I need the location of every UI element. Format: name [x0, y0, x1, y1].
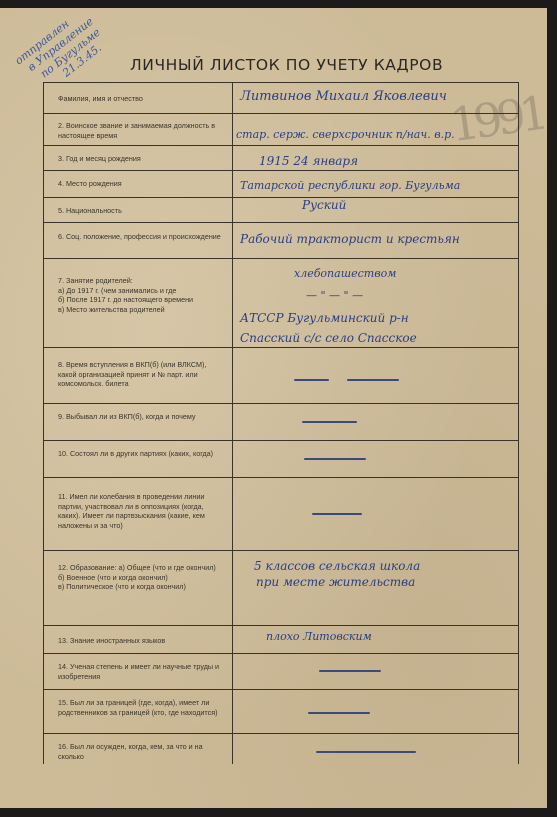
- form-row-14: 14. Ученая степень и имеет ли научные тр…: [44, 653, 518, 689]
- field-label: 5. Национальность: [58, 206, 226, 216]
- form-row-2: 2. Воинское звание и занимаемая должност…: [44, 113, 518, 145]
- field-value: Литвинов Михаил Яковлевич: [240, 89, 520, 104]
- field-label: 15. Был ли за границей (где, когда), име…: [58, 698, 226, 717]
- blank-dash: [312, 513, 362, 515]
- form-row-15: 15. Был ли за границей (где, когда), име…: [44, 689, 518, 733]
- field-value: Спасский с/с село Спасское: [240, 331, 520, 345]
- form-row-11: 11. Имел ли колебания в проведении линии…: [44, 477, 518, 550]
- field-value: плохо Литовским: [266, 630, 546, 643]
- field-value: хлебопашеством: [294, 267, 557, 280]
- form-row-16: 16. Был ли осужден, когда, кем, за что и…: [44, 733, 518, 764]
- form-row-6: 6. Соц. положение, профессия и происхожд…: [44, 222, 518, 258]
- field-label: 4. Место рождения: [58, 179, 226, 189]
- form-row-10: 10. Состоял ли в других партиях (каких, …: [44, 440, 518, 477]
- field-value: Татарской республики гор. Бугульма: [240, 179, 520, 192]
- field-value: при месте жительства: [256, 575, 536, 589]
- field-value: АТССР Бугульминский р-н: [240, 311, 520, 325]
- blank-dash: [308, 712, 370, 714]
- form-row-7: 7. Занятие родителей: а) До 1917 г. (чем…: [44, 258, 518, 347]
- field-label: 6. Соц. положение, профессия и происхожд…: [58, 232, 226, 242]
- document-title: ЛИЧНЫЙ ЛИСТОК ПО УЧЕТУ КАДРОВ: [130, 56, 460, 74]
- blank-dash: [347, 379, 399, 381]
- field-value: стар. серж. сверхсрочник п/нач. в.р.: [236, 128, 516, 141]
- form-row-12: 12. Образование: а) Общее (что и где око…: [44, 550, 518, 625]
- blank-dash: [294, 379, 329, 381]
- field-label: 12. Образование: а) Общее (что и где око…: [58, 563, 226, 592]
- field-value: — " — " —: [306, 289, 557, 302]
- field-value: 5 классов сельская школа: [254, 559, 534, 573]
- blank-dash: [316, 751, 416, 753]
- field-label: 10. Состоял ли в других партиях (каких, …: [58, 449, 226, 459]
- field-label: 14. Ученая степень и имеет ли научные тр…: [58, 662, 226, 681]
- field-label: 9. Выбывал ли из ВКП(б), когда и почему: [58, 412, 226, 422]
- blank-dash: [319, 670, 381, 672]
- blank-dash: [302, 421, 357, 423]
- field-label: 2. Воинское звание и занимаемая должност…: [58, 121, 226, 140]
- personnel-form-table: Фамилия, имя и отчество Литвинов Михаил …: [43, 82, 519, 764]
- field-label: 11. Имел ли колебания в проведении линии…: [58, 492, 226, 530]
- form-row-8: 8. Время вступления в ВКП(б) (или ВЛКСМ)…: [44, 347, 518, 403]
- form-row-1: Фамилия, имя и отчество Литвинов Михаил …: [44, 82, 518, 113]
- field-label: 16. Был ли осужден, когда, кем, за что и…: [58, 742, 226, 761]
- form-row-5: 5. Национальность Руский: [44, 197, 518, 222]
- blank-dash: [304, 458, 366, 460]
- form-row-3: 3. Год и месяц рождения 1915 24 января: [44, 145, 518, 170]
- field-value: 1915 24 января: [259, 154, 539, 168]
- field-label: Фамилия, имя и отчество: [58, 94, 226, 104]
- form-row-9: 9. Выбывал ли из ВКП(б), когда и почему: [44, 403, 518, 440]
- form-row-13: 13. Знание иностранных языков плохо Лито…: [44, 625, 518, 653]
- field-label: 3. Год и месяц рождения: [58, 154, 226, 164]
- form-row-4: 4. Место рождения Татарской республики г…: [44, 170, 518, 197]
- field-label: 8. Время вступления в ВКП(б) (или ВЛКСМ)…: [58, 360, 226, 389]
- field-value: Рабочий тракторист и крестьян: [240, 232, 520, 246]
- field-label: 13. Знание иностранных языков: [58, 636, 226, 646]
- field-value: Руский: [302, 198, 557, 212]
- field-label: 7. Занятие родителей: а) До 1917 г. (чем…: [58, 276, 226, 314]
